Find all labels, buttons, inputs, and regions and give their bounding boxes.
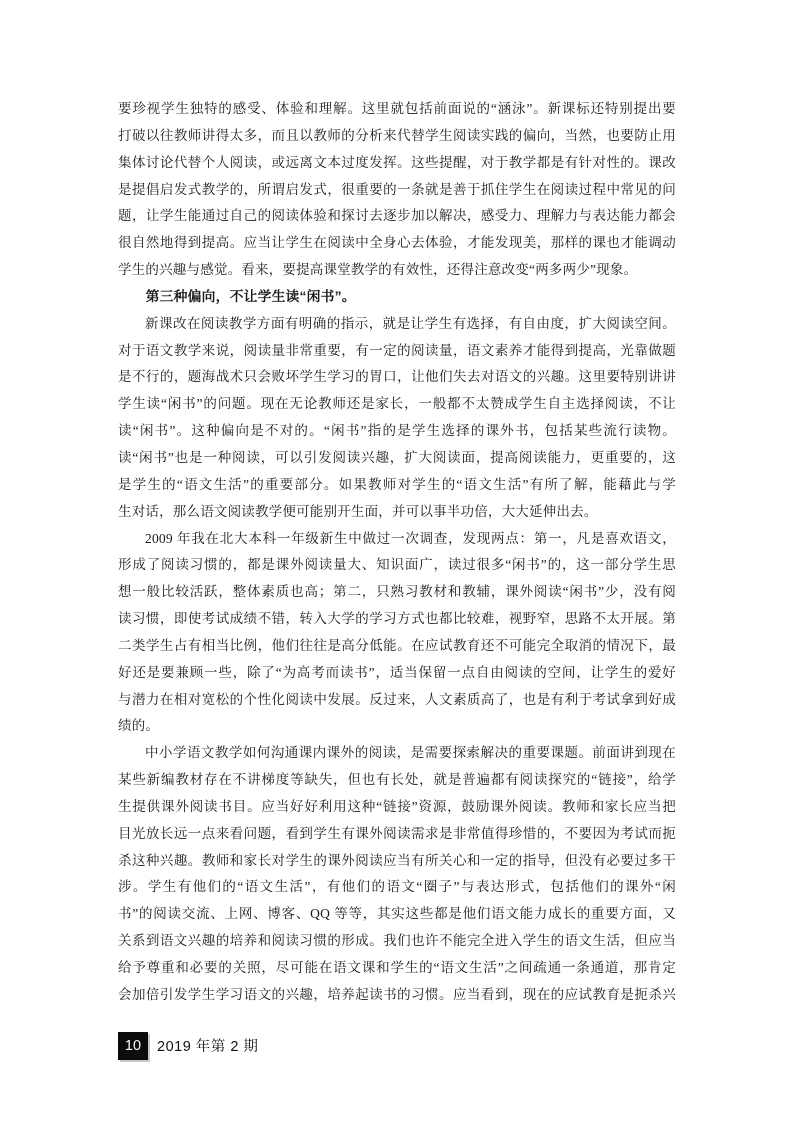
page-number: 10 [125,1038,141,1054]
text-line: 给予尊重和必要的关照，尽可能在语文课和学生的“语文生活”之间疏通一条通道，那肯定 [118,955,676,982]
text-line: 好还是要兼顾一些，除了“为高考而读书”，适当保留一点自由阅读的空间，让学生的爱好 [118,660,676,687]
issue-label: 2019 年第 2 期 [157,1035,258,1056]
text-line: 二类学生占有相当比例，他们往往是高分低能。在应试教育还不可能完全取消的情况下，最 [118,633,676,660]
text-line: 很自然地得到提高。应当让学生在阅读中全身心去体验，才能发现美，那样的课也才能调动 [118,230,676,257]
text-line: 对于语文教学来说，阅读量非常重要，有一定的阅读量，语文素养才能得到提高，光靠做题 [118,338,676,365]
page-number-badge: 10 [118,1032,148,1060]
text-line: 2009 年我在北大本科一年级新生中做过一次调查，发现两点：第一，凡是喜欢语文， [118,526,676,553]
text-line: 涉。学生有他们的“语文生活”，有他们的语文“圈子”与表达形式，包括他们的课外“闲 [118,874,676,901]
text-line: 读习惯，即使考试成绩不错，转入大学的学习方式也都比较难，视野窄，思路不太开展。第 [118,606,676,633]
text-block: 要珍视学生独特的感受、体验和理解。这里就包括前面说的“涵泳”。新课标还特别提出要… [118,96,676,1009]
text-line: 学生读“闲书”的问题。现在无论教师还是家长，一般都不太赞成学生自主选择阅读，不让 [118,391,676,418]
text-line: 要珍视学生独特的感受、体验和理解。这里就包括前面说的“涵泳”。新课标还特别提出要 [118,96,676,123]
paragraph-continuation: 要珍视学生独特的感受、体验和理解。这里就包括前面说的“涵泳”。新课标还特别提出要… [118,96,676,284]
paragraph-2009-survey: 2009 年我在北大本科一年级新生中做过一次调查，发现两点：第一，凡是喜欢语文，… [118,526,676,741]
text-line: 生对话，那么语文阅读教学便可能别开生面，并可以事半功倍，大大延伸出去。 [118,499,676,526]
text-line: 与潜力在相对宽松的个性化阅读中发展。反过来，人文素质高了，也是有利于考试拿到好成 [118,687,676,714]
text-line: 生提供课外阅读书目。应当好好利用这种“链接”资源，鼓励课外阅读。教师和家长应当把 [118,794,676,821]
text-line: 是不行的，题海战术只会败坏学生学习的胃口，让他们失去对语文的兴趣。这里要特别讲讲 [118,364,676,391]
text-line: 某些新编教材存在不讲梯度等缺失，但也有长处，就是普遍都有阅读探究的“链接”，给学 [118,767,676,794]
text-line: 集体讨论代替个人阅读，或远离文本过度发挥。这些提醒，对于教学都是有针对性的。课改 [118,150,676,177]
text-line: 中小学语文教学如何沟通课内课外的阅读，是需要探索解决的重要课题。前面讲到现在 [118,740,676,767]
page-footer: 10 2019 年第 2 期 [118,1031,258,1060]
text-line: 是学生的“语文生活”的重要部分。如果教师对学生的“语文生活”有所了解，能藉此与学 [118,472,676,499]
text-line: 关系到语文兴趣的培养和阅读习惯的形成。我们也许不能完全进入学生的语文生活，但应当 [118,928,676,955]
text-line: 书”的阅读交流、上网、博客、QQ 等等，其实这些都是他们语文能力成长的重要方面，… [118,901,676,928]
text-line: 形成了阅读习惯的，都是课外阅读量大、知识面广，读过很多“闲书”的，这一部分学生思 [118,552,676,579]
text-line: 想一般比较活跃，整体素质也高；第二，只熟习教材和教辅，课外阅读“闲书”少，没有阅 [118,579,676,606]
paragraph-new-curriculum: 新课改在阅读教学方面有明确的指示，就是让学生有选择，有自由度，扩大阅读空间。对于… [118,311,676,526]
text-line: 杀这种兴趣。教师和家长对学生的课外阅读应当有所关心和一定的指导，但没有必要过多干 [118,848,676,875]
text-line: 读“闲书”也是一种阅读，可以引发阅读兴趣，扩大阅读面，提高阅读能力，更重要的，这 [118,445,676,472]
section-heading: 第三种偏向，不让学生读“闲书”。 [118,284,676,311]
document-page: 要珍视学生独特的感受、体验和理解。这里就包括前面说的“涵泳”。新课标还特别提出要… [0,0,793,1122]
text-line: 目光放长远一点来看问题，看到学生有课外阅读需求是非常值得珍惜的，不要因为考试而扼 [118,821,676,848]
text-line: 打破以往教师讲得太多，而且以教师的分析来代替学生阅读实践的偏向，当然，也要防止用 [118,123,676,150]
text-line: 绩的。 [118,713,676,740]
text-line: 读“闲书”。这种偏向是不对的。“闲书”指的是学生选择的课外书，包括某些流行读物。 [118,418,676,445]
text-line: 是提倡启发式教学的，所谓启发式，很重要的一条就是善于抓住学生在阅读过程中常见的问 [118,177,676,204]
text-line: 会加倍引发学生学习语文的兴趣，培养起读书的习惯。应当看到，现在的应试教育是扼杀兴 [118,982,676,1009]
paragraph-inside-outside-reading: 中小学语文教学如何沟通课内课外的阅读，是需要探索解决的重要课题。前面讲到现在某些… [118,740,676,1008]
heading-line: 第三种偏向，不让学生读“闲书”。 [118,284,676,311]
text-line: 题，让学生能通过自己的阅读体验和探讨去逐步加以解决，感受力、理解力与表达能力都会 [118,203,676,230]
text-line: 学生的兴趣与感觉。看来，要提高课堂教学的有效性，还得注意改变“两多两少”现象。 [118,257,676,284]
text-line: 新课改在阅读教学方面有明确的指示，就是让学生有选择，有自由度，扩大阅读空间。 [118,311,676,338]
